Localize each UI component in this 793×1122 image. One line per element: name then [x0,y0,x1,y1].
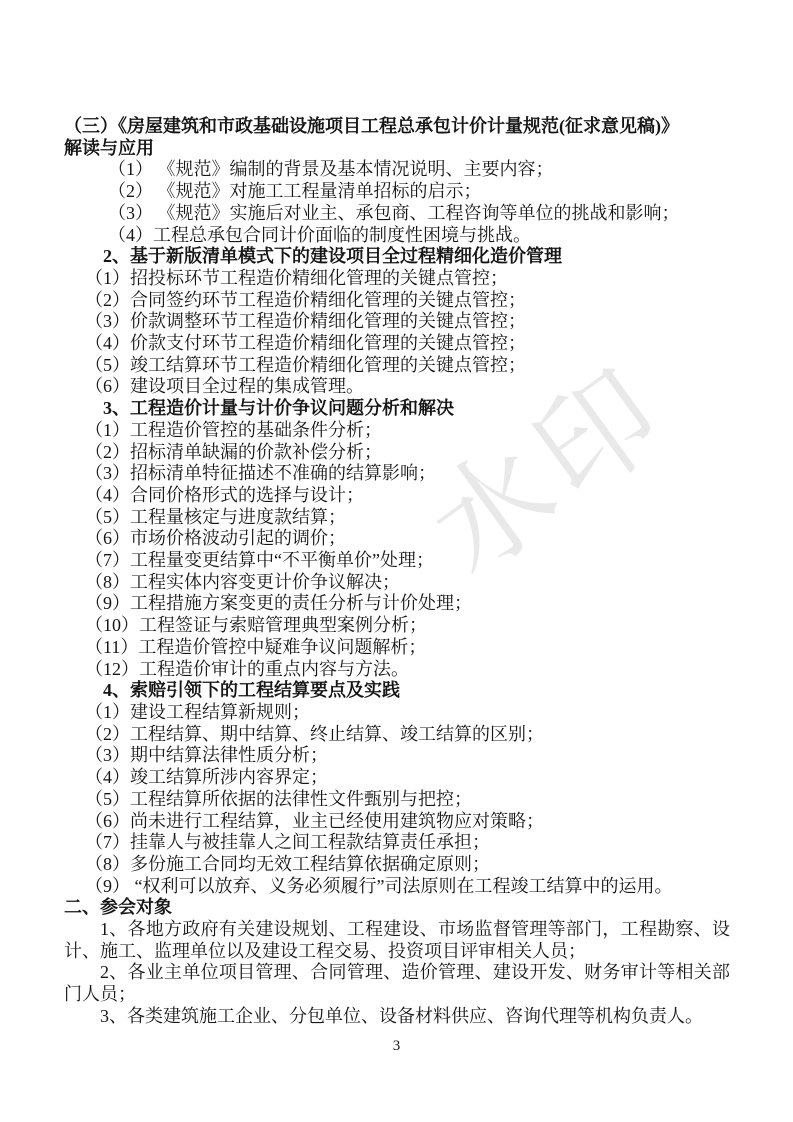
document-content: （三）《房屋建筑和市政基础设施项目工程总承包计价计量规范(征求意见稿)》解读与应… [64,116,730,1028]
list-item: （2） 《规范》对施工工程量清单招标的启示； [108,181,730,203]
list-item: （9）工程措施方案变更的责任分析与计价处理； [85,593,730,615]
list-item: （3）价款调整环节工程造价精细化管理的关键点管控； [85,311,730,333]
list-item: （4）工程总承包合同计价面临的制度性困境与挑战。 [108,225,730,247]
list-item: （3） 《规范》实施后对业主、承包商、工程咨询等单位的挑战和影响； [108,203,730,225]
list-item: （1）招投标环节工程造价精细化管理的关键点管控； [85,268,730,290]
list-item: （3）招标清单特征描述不准确的结算影响； [85,463,730,485]
list-item: （1） 《规范》编制的背景及基本情况说明、主要内容； [108,159,730,181]
list-item: （8）工程实体内容变更计价争议解决； [85,572,730,594]
heading-line: 解读与应用 [64,138,730,160]
list-item: （2）工程结算、期中结算、终止结算、竣工结算的区别； [85,724,730,746]
section-heading: （三）《房屋建筑和市政基础设施项目工程总承包计价计量规范(征求意见稿)》解读与应… [64,116,730,159]
document-page: 水印 （三）《房屋建筑和市政基础设施项目工程总承包计价计量规范(征求意见稿)》解… [0,0,793,1122]
list-item: （8）多份施工合同均无效工程结算依据确定原则； [85,854,730,876]
list-item: （6）尚未进行工程结算，业主已经使用建筑物应对策略； [85,811,730,833]
section-heading: 二、参会对象 [64,897,730,919]
subsection-heading: 4、索赔引领下的工程结算要点及实践 [103,680,730,702]
heading-line: （三）《房屋建筑和市政基础设施项目工程总承包计价计量规范(征求意见稿)》 [64,116,730,138]
list-item: （5）工程结算所依据的法律性文件甄别与把控； [85,789,730,811]
list-item: （12）工程造价审计的重点内容与方法。 [85,659,730,681]
list-item: （2）招标清单缺漏的价款补偿分析； [85,442,730,464]
list-item: （6）市场价格波动引起的调价； [85,528,730,550]
list-item: （11）工程造价管控中疑难争议问题解析； [85,637,730,659]
list-item: （10）工程签证与索赔管理典型案例分析； [85,615,730,637]
list-item: （6）建设项目全过程的集成管理。 [85,376,730,398]
list-item: （5）工程量核定与进度款结算； [85,507,730,529]
list-item: （1）工程造价管控的基础条件分析； [85,420,730,442]
list-item: （3）期中结算法律性质分析； [85,745,730,767]
list-item: （1）建设工程结算新规则； [85,702,730,724]
page-number: 3 [0,1036,793,1056]
list-item: （7）挂靠人与被挂靠人之间工程款结算责任承担； [85,832,730,854]
list-item: （2）合同签约环节工程造价精细化管理的关键点管控； [85,290,730,312]
paragraph: 1、各地方政府有关建设规划、工程建设、市场监督管理等部门，工程勘察、设计、施工、… [64,919,730,962]
list-item: （5）竣工结算环节工程造价精细化管理的关键点管控； [85,355,730,377]
list-item: （4）合同价格形式的选择与设计； [85,485,730,507]
list-item: （4）竣工结算所涉内容界定； [85,767,730,789]
list-item: （4）价款支付环节工程造价精细化管理的关键点管控； [85,333,730,355]
paragraph: 3、各类建筑施工企业、分包单位、设备材料供应、咨询代理等机构负责人。 [64,1006,730,1028]
list-item: （9） “权利可以放弃、义务必须履行”司法原则在工程竣工结算中的运用。 [85,876,730,898]
subsection-heading: 2、基于新版清单模式下的建设项目全过程精细化造价管理 [103,246,730,268]
paragraph: 2、各业主单位项目管理、合同管理、造价管理、建设开发、财务审计等相关部门人员； [64,962,730,1005]
list-item: （7）工程量变更结算中“不平衡单价”处理； [85,550,730,572]
subsection-heading: 3、工程造价计量与计价争议问题分析和解决 [103,398,730,420]
